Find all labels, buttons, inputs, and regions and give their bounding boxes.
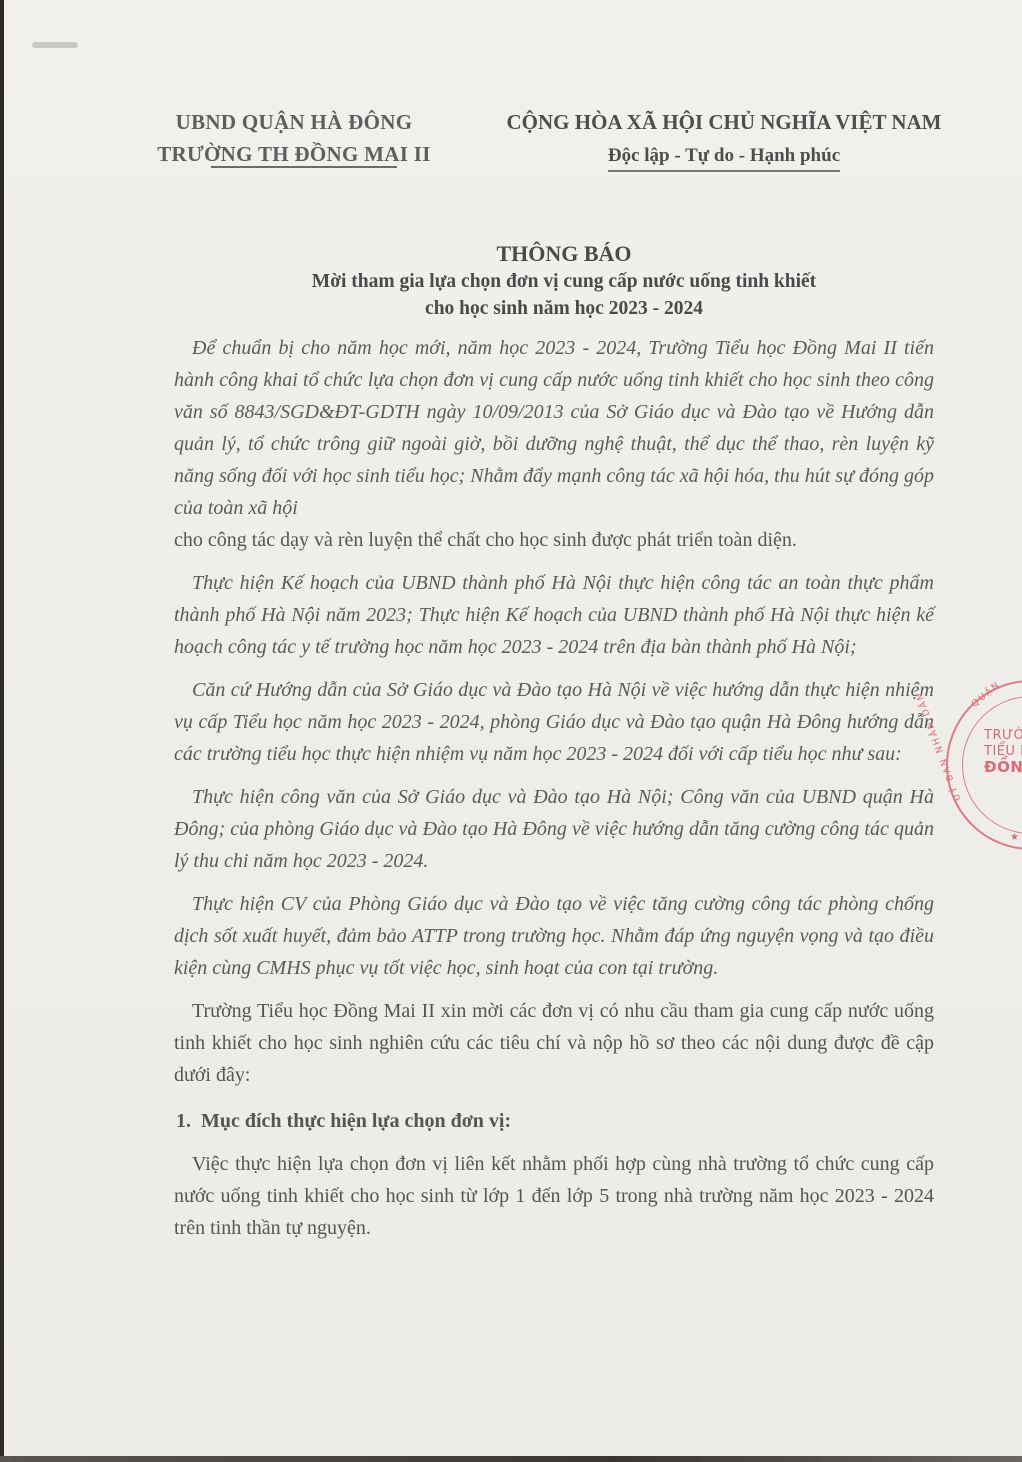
section-1-title: Mục đích thực hiện lựa chọn đơn vị: xyxy=(201,1110,511,1132)
background-edge-left xyxy=(0,0,4,1462)
section-1-body: Việc thực hiện lựa chọn đơn vị liên kết … xyxy=(174,1148,934,1244)
paragraph-intro: Để chuẩn bị cho năm học mới, năm học 202… xyxy=(174,332,934,524)
paragraph-food-safety: Thực hiện Kế hoạch của UBND thành phố Hà… xyxy=(174,567,934,663)
background-edge-bottom xyxy=(0,1456,1022,1462)
paragraph-invitation: Trường Tiểu học Đồng Mai II xin mời các … xyxy=(174,995,934,1091)
title-subtitle-1: Mời tham gia lựa chọn đơn vị cung cấp nư… xyxy=(164,268,964,295)
issuer-school: TRƯỜNG TH ĐỒNG MAI II xyxy=(157,142,431,166)
paragraph-cv: Thực hiện CV của Phòng Giáo dục và Đào t… xyxy=(174,888,934,984)
section-1-heading: 1.Mục đích thực hiện lựa chọn đơn vị: xyxy=(174,1105,934,1137)
section-1-number: 1. xyxy=(176,1110,191,1132)
issuer-authority: UBND QUẬN HÀ ĐÔNG xyxy=(144,106,444,138)
motto-underline xyxy=(608,170,840,172)
paragraph-guidance: Căn cứ Hướng dẫn của Sở Giáo dục và Đào … xyxy=(174,674,934,770)
issuer-header: UBND QUẬN HÀ ĐÔNG TRƯỜNG TH ĐỒNG MAI II xyxy=(144,106,444,170)
national-header: CỘNG HÒA XÃ HỘI CHỦ NGHĨA VIỆT NAM Độc l… xyxy=(474,106,974,172)
document-title: THÔNG BÁO Mời tham gia lựa chọn đơn vị c… xyxy=(164,240,964,322)
issuer-underline xyxy=(211,166,397,168)
document-page: UBND QUẬN HÀ ĐÔNG TRƯỜNG TH ĐỒNG MAI II … xyxy=(4,0,1022,1455)
national-title: CỘNG HÒA XÃ HỘI CHỦ NGHĨA VIỆT NAM xyxy=(474,106,974,138)
smudge-mark xyxy=(32,42,78,48)
paragraph-intro-cont: cho công tác dạy và rèn luyện thể chất c… xyxy=(174,524,934,556)
document-body: Để chuẩn bị cho năm học mới, năm học 202… xyxy=(174,332,934,1244)
title-subtitle-2: cho học sinh năm học 2023 - 2024 xyxy=(164,295,964,322)
paragraph-official-letter: Thực hiện công văn của Sở Giáo dục và Đà… xyxy=(174,781,934,877)
paragraph-intro-italic: Để chuẩn bị cho năm học mới, năm học 202… xyxy=(174,337,934,519)
title-heading: THÔNG BÁO xyxy=(164,240,964,268)
national-motto: Độc lập - Tự do - Hạnh phúc xyxy=(608,145,840,166)
